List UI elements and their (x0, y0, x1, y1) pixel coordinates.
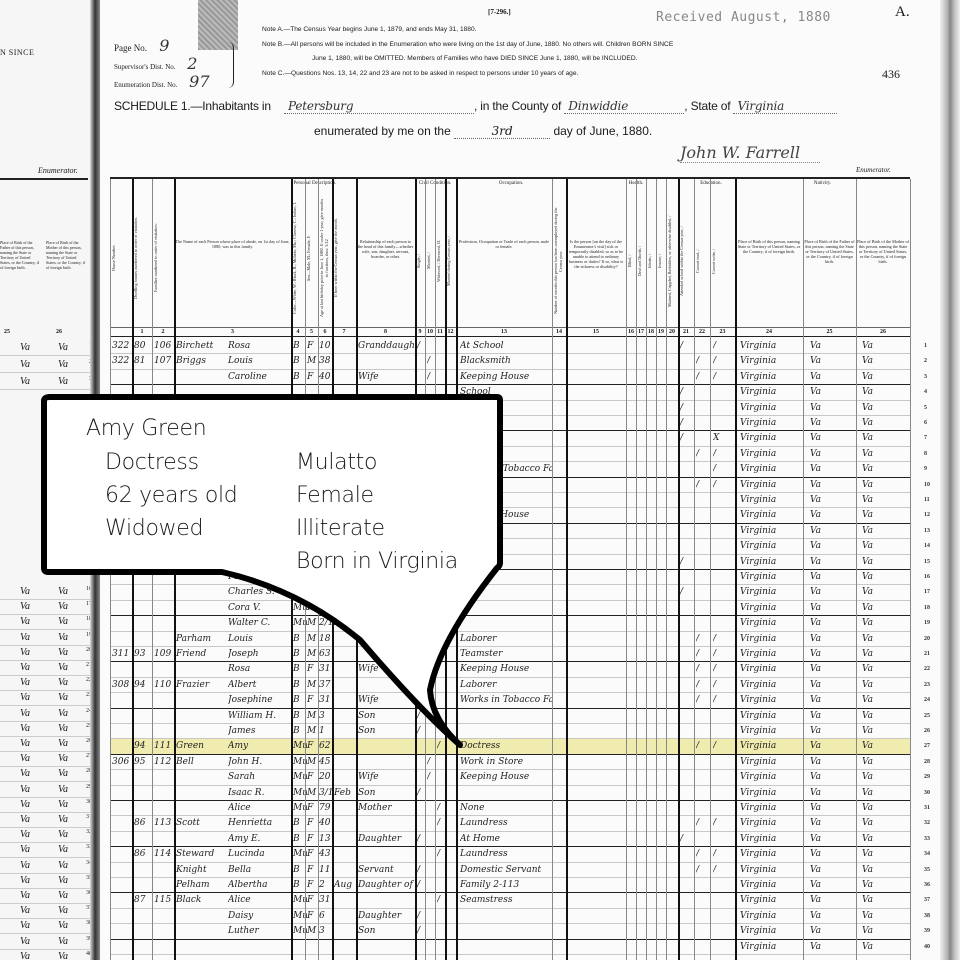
cell-surname: Knight (176, 865, 232, 875)
prev-page-row: VaVa3 (0, 373, 90, 390)
cell-relation: Daughter (358, 834, 416, 844)
cell-surname: Friend (176, 649, 232, 659)
line-number: 29 (924, 774, 930, 780)
column-header: Blind, / (627, 203, 635, 319)
prev-father-birthplace: Va (20, 951, 30, 960)
cell-given: Isaac R. (228, 788, 290, 798)
cell-dwelling: 93 (134, 649, 152, 659)
cell-birth: Virginia (740, 865, 804, 875)
cell-mother: Va (862, 726, 906, 736)
page-no-field: Page No. 9 (114, 36, 169, 55)
cell-father: Va (810, 818, 854, 828)
census-row: Amy E.BF13Daughter/At Home/VirginiaVaVa (110, 832, 910, 847)
cell-occupation: Works in Tobacco Factory (460, 695, 552, 705)
cell-single: / (417, 726, 425, 736)
state-label: , State of (684, 99, 730, 113)
cell-cannot-write: / (713, 464, 727, 474)
line-number: 39 (924, 928, 930, 934)
cell-father: Va (810, 926, 854, 936)
cell-dwelling: 80 (134, 341, 152, 351)
column-divider (636, 179, 637, 960)
cell-age: 31 (319, 695, 333, 705)
column-divider (735, 179, 737, 960)
cell-birth: Virginia (740, 711, 804, 721)
census-row: 30894110FrazierAlbertBM37Laborer//Virgin… (110, 678, 910, 693)
cell-father: Va (810, 603, 854, 613)
cell-relation: Son (358, 711, 416, 721)
cell-mother: Va (862, 634, 906, 644)
note-b: Note B.—All persons will be included in … (262, 38, 673, 53)
cell-given: Henrietta (228, 818, 290, 828)
column-number: 3 (174, 329, 291, 335)
cell-mother: Va (862, 911, 906, 921)
cell-house: 308 (112, 680, 130, 690)
cell-birth: Virginia (740, 818, 804, 828)
cell-mother: Va (862, 711, 906, 721)
cell-surname: Green (176, 741, 232, 751)
cell-single: / (417, 926, 425, 936)
cell-surname: Scott (176, 818, 232, 828)
prev-father-birthplace: Va (20, 829, 30, 840)
cell-family: 109 (154, 649, 174, 659)
prev-father-birthplace: Va (20, 860, 30, 871)
line-number: 40 (924, 944, 930, 950)
cell-birth: Virginia (740, 449, 804, 459)
prev-mother-birthplace: Va (58, 708, 68, 719)
cell-school: / (680, 418, 692, 428)
prev-mother-birthplace: Va (58, 342, 68, 353)
prev-mother-birthplace: Va (58, 723, 68, 734)
column-header: Cannot read, / (695, 203, 709, 319)
column-divider (710, 179, 711, 960)
cell-cannot-read: / (696, 449, 708, 459)
prev-father-birthplace: Va (20, 376, 30, 387)
cell-father: Va (810, 510, 854, 520)
cell-age: 20 (319, 772, 333, 782)
prev-mother-birthplace: Va (58, 784, 68, 795)
column-header: Color—White, W.; Black, B.; Mulatto, Mu.… (292, 197, 304, 319)
city-value: Petersburg (284, 99, 474, 114)
cell-birth: Virginia (740, 911, 804, 921)
cell-dwelling: 94 (134, 741, 152, 751)
column-divider (803, 179, 804, 960)
prev-father-birthplace: Va (20, 692, 30, 703)
cell-birth: Virginia (740, 495, 804, 505)
census-row: 32280106BirchettRosaBF10Granddaughter/At… (110, 339, 910, 354)
cell-occupation: Laborer (460, 680, 552, 690)
cell-occupation: Laborer (460, 495, 552, 505)
line-number: 21 (924, 651, 930, 657)
census-row: Charles S.Mu/VirginiaVaVa (110, 585, 910, 600)
cell-age: 3/12 (319, 788, 333, 798)
cell-married: / (427, 772, 435, 782)
line-number: 31 (924, 805, 930, 811)
column-header: Insane, / (657, 203, 665, 319)
cell-family: 113 (154, 818, 174, 828)
column-divider (694, 179, 695, 960)
book-gutter (90, 0, 100, 960)
cell-occupation: At Home (460, 834, 552, 844)
census-row: 86114StewardLucindaMuF43/Laundress//Virg… (110, 847, 910, 862)
cell-father: Va (810, 387, 854, 397)
cell-given: James (228, 726, 290, 736)
line-number: 12 (924, 512, 930, 518)
column-number: 11 (435, 329, 445, 335)
cell-father: Va (810, 526, 854, 536)
column-header: Married during Census year, / (446, 203, 455, 319)
callout-literacy: Illiterate (296, 516, 385, 541)
cell-mother: Va (862, 741, 906, 751)
prev-mother-birthplace: Va (58, 692, 68, 703)
column-number: 10 (425, 329, 435, 335)
prev-mother-birthplace: Va (58, 376, 68, 387)
prev-mother-birthplace: Va (58, 601, 68, 612)
prev-mother-birthplace: Va (58, 890, 68, 901)
cell-dwelling: 86 (134, 849, 152, 859)
column-header: Place of Birth of this person, naming St… (736, 239, 802, 309)
cell-cannot-write: / (713, 341, 727, 351)
cell-given: Albertha (228, 880, 290, 890)
cell-cannot-read: / (696, 741, 708, 751)
column-header: Relationship of each person to the head … (357, 239, 414, 309)
cell-house: 306 (112, 757, 130, 767)
column-header: Single, / (416, 203, 424, 319)
column-header: Maimed, Crippled, Bedridden, or otherwis… (667, 203, 677, 319)
prev-mother-birthplace: Va (58, 829, 68, 840)
line-number: 27 (924, 743, 930, 749)
cell-dwelling: 94 (134, 680, 152, 690)
enumeration-dist-label: Enumeration Dist. No. (114, 81, 177, 89)
cell-birth: Virginia (740, 403, 804, 413)
column-number: 4 (291, 329, 305, 335)
prev-mother-birthplace: Va (58, 860, 68, 871)
cell-birth: Virginia (740, 464, 804, 474)
cell-given: Florence (228, 572, 290, 582)
line-number: 14 (924, 543, 930, 549)
prev-father-birthplace: Va (20, 936, 30, 947)
cell-school: / (680, 403, 692, 413)
cell-father: Va (810, 480, 854, 490)
schedule-prefix: SCHEDULE 1.—Inhabitants in (114, 99, 271, 113)
cell-given: Luther (228, 926, 290, 936)
cell-birth: Virginia (740, 387, 804, 397)
cell-age: 63 (319, 649, 333, 659)
page-edge-shadow (940, 0, 960, 960)
cell-relation: Granddaughter (358, 341, 416, 351)
census-row: Walter C.MuM2/12FebVirginiaVaVa (110, 616, 910, 631)
column-divider (856, 179, 857, 960)
cell-occupation: Works in Tobacco Factory (460, 464, 552, 474)
cell-age: 3 (319, 603, 333, 613)
state-value: Virginia (733, 99, 837, 114)
cell-family: 112 (154, 757, 174, 767)
line-number: 38 (924, 913, 930, 919)
cell-father: Va (810, 695, 854, 705)
cell-age: 3 (319, 711, 333, 721)
column-number: 17 (636, 329, 646, 335)
cell-birth: Virginia (740, 926, 804, 936)
cell-birth: Virginia (740, 788, 804, 798)
column-number: 2 (152, 329, 174, 335)
prev-father-birthplace: Va (20, 784, 30, 795)
cell-father: Va (810, 464, 854, 474)
column-header: Number of months this person has been un… (553, 203, 565, 319)
census-notes: Note A.—The Census Year begins June 1, 1… (262, 23, 673, 81)
line-number: 6 (924, 420, 927, 426)
cell-married: / (427, 757, 435, 767)
column-header: Married, / (426, 203, 434, 319)
cell-mother: Va (862, 433, 906, 443)
cell-cannot-read: / (696, 649, 708, 659)
cell-mother: Va (862, 526, 906, 536)
enumerator-signature: John W. Farrell (680, 143, 820, 163)
line-number: 25 (924, 713, 930, 719)
cell-age: 37 (319, 680, 333, 690)
cell-given: Cora V. (228, 603, 290, 613)
column-header: If born within the Census year, give the… (333, 197, 355, 319)
cell-birth: Virginia (740, 895, 804, 905)
line-number: 4 (924, 389, 927, 395)
cell-mother: Va (862, 403, 906, 413)
cell-widowed: / (437, 849, 445, 859)
cell-occupation: Blacksmith (460, 356, 552, 366)
cell-father: Va (810, 741, 854, 751)
cell-school: / (680, 587, 692, 597)
cell-age: 45 (319, 757, 333, 767)
line-number: 11 (924, 497, 930, 503)
census-page: [7-296.] Received August, 1880 A. 436 Pa… (100, 0, 960, 960)
cell-father: Va (810, 757, 854, 767)
cell-father: Va (810, 834, 854, 844)
column-divider (566, 179, 568, 960)
cell-mother: Va (862, 372, 906, 382)
cell-father: Va (810, 680, 854, 690)
cell-mother: Va (862, 418, 906, 428)
prev-father-birthplace: Va (20, 677, 30, 688)
cell-father: Va (810, 649, 854, 659)
line-number: 13 (924, 528, 930, 534)
cell-occupation: Laundress (460, 818, 552, 828)
supervisor-dist-value: 2 (187, 54, 197, 73)
census-row: William H.BM3Son/VirginiaVaVa (110, 709, 910, 724)
census-row: KnightBellaBF11Servant/Domestic Servant/… (110, 863, 910, 878)
cell-relation: Wife (358, 772, 416, 782)
callout-sex: Female (296, 483, 374, 508)
cell-given: Charles S. (228, 587, 290, 597)
cell-birth: Virginia (740, 526, 804, 536)
cell-occupation: Family 2-113 (460, 880, 552, 890)
column-number: 7 (332, 329, 356, 335)
line-number: 15 (924, 559, 930, 565)
sheet-letter: A. (895, 4, 910, 21)
cell-dwelling: 95 (134, 757, 152, 767)
column-divider (656, 179, 657, 960)
prev-mother-birthplace: Va (58, 738, 68, 749)
cell-cannot-read: / (696, 695, 708, 705)
cell-father: Va (810, 711, 854, 721)
cell-cannot-read: / (696, 480, 708, 490)
prev-mother-birthplace: Va (58, 951, 68, 960)
prev-mother-birthplace: Va (58, 920, 68, 931)
column-divider (110, 179, 111, 960)
line-number: 18 (924, 605, 930, 611)
cell-school: / (680, 834, 692, 844)
cell-given: Josephine (228, 695, 290, 705)
cell-cannot-write: / (713, 664, 727, 674)
cell-birth: Virginia (740, 803, 804, 813)
line-number: 34 (924, 851, 930, 857)
census-row: Works in Tobacco Factory/VirginiaVaVa (110, 462, 910, 477)
prev-father-birthplace: Va (20, 632, 30, 643)
cell-age: 38 (319, 356, 333, 366)
cell-father: Va (810, 788, 854, 798)
cell-age: 2/12 (319, 618, 333, 628)
census-row: LaborerVirginiaVaVa (110, 539, 910, 554)
cell-occupation: Seamstress (460, 895, 552, 905)
cell-father: Va (810, 634, 854, 644)
cell-cannot-read: / (696, 664, 708, 674)
cell-father: Va (810, 911, 854, 921)
cell-family: 106 (154, 341, 174, 351)
form-code: [7-296.] (488, 8, 511, 16)
prev-father-birthplace: Va (20, 844, 30, 855)
census-row: LaborerVirginiaVaVa (110, 524, 910, 539)
prev-page-row: VaVa1 (0, 339, 90, 356)
cell-occupation: Laundress (460, 849, 552, 859)
enumeration-date-line: enumerated by me on the 3rd day of June,… (314, 124, 652, 139)
cell-relation: Daughter (358, 911, 416, 921)
cell-given: Rosa (228, 664, 290, 674)
census-row: ParhamLouisBM18BoarderLaborer//VirginiaV… (110, 632, 910, 647)
callout-occupation: Doctress (105, 450, 199, 475)
schedule-title: SCHEDULE 1.—Inhabitants in Petersburg, i… (114, 99, 837, 114)
census-row: JosephineBF31WifeWorks in Tobacco Factor… (110, 693, 910, 708)
cell-month: Feb (334, 788, 356, 798)
cell-birth: Virginia (740, 618, 804, 628)
cell-mother: Va (862, 865, 906, 875)
column-divider (174, 179, 176, 960)
cell-cannot-write: X (713, 433, 727, 443)
prev-father-birthplace: Va (20, 905, 30, 916)
cell-occupation: School (460, 403, 552, 413)
page-stamp-mark (198, 0, 238, 50)
cell-birth: Virginia (740, 880, 804, 890)
cell-birth: Virginia (740, 757, 804, 767)
prev-mother-birthplace: Va (58, 799, 68, 810)
census-row: CarolineBF40Wife/Keeping House//Virginia… (110, 370, 910, 385)
cell-mother: Va (862, 695, 906, 705)
cell-family: 111 (154, 741, 174, 751)
cell-mother: Va (862, 603, 906, 613)
prev-mother-birthplace: Va (58, 647, 68, 658)
cell-birth: Virginia (740, 834, 804, 844)
cell-dwelling: 86 (134, 818, 152, 828)
supervisor-dist-field: Supervisor's Dist. No. 2 (114, 54, 197, 73)
cell-married: / (427, 372, 435, 382)
cell-widowed: / (437, 741, 445, 751)
cell-occupation: School (460, 418, 552, 428)
column-header: Widowed, / Divorced, D. (436, 203, 444, 319)
prev-mother-birthplace: Va (58, 753, 68, 764)
cell-mother: Va (862, 649, 906, 659)
cell-father: Va (810, 449, 854, 459)
cell-relation: Wife (358, 664, 416, 674)
column-divider (291, 179, 293, 960)
cell-mother: Va (862, 449, 906, 459)
census-row: 86113ScottHenriettaBF40/Laundress//Virgi… (110, 816, 910, 831)
callout-marital-status: Widowed (105, 516, 203, 541)
cell-age: 10 (319, 341, 333, 351)
line-number: 1 (924, 343, 927, 349)
cell-given: Lucinda (228, 849, 290, 859)
prev-page-row: VaVa40 (0, 948, 90, 960)
stamped-page-number: 436 (882, 67, 900, 82)
group-header-nativity: Nativity. (735, 181, 910, 186)
cell-father: Va (810, 895, 854, 905)
prev-father-birthplace: Va (20, 738, 30, 749)
cell-cannot-write: / (713, 695, 727, 705)
cell-occupation: Keeping House (460, 372, 552, 382)
prev-page-col-header-26: Place of Birth of the Mother of this per… (46, 240, 86, 270)
callout-race: Mulatto (296, 450, 377, 475)
prev-mother-birthplace: Va (58, 936, 68, 947)
prev-mother-birthplace: Va (58, 814, 68, 825)
cell-age: 31 (319, 664, 333, 674)
group-header-occupation: Occupation. (456, 181, 566, 186)
cell-father: Va (810, 356, 854, 366)
cell-birth: Virginia (740, 741, 804, 751)
census-row: 32281107BriggsLouisBM38/Blacksmith//Virg… (110, 354, 910, 369)
prev-page-col-header-25: Place of Birth of the Father of this per… (0, 240, 40, 270)
cell-cannot-write: / (713, 849, 727, 859)
cell-father: Va (810, 726, 854, 736)
cell-birth: Virginia (740, 772, 804, 782)
cell-occupation: Keeping House (460, 772, 552, 782)
cell-mother: Va (862, 510, 906, 520)
prev-father-birthplace: Va (20, 814, 30, 825)
cell-age: 6 (319, 911, 333, 921)
prev-page-row: VaVa2 (0, 356, 90, 373)
column-number: 19 (656, 329, 666, 335)
cell-occupation: Doctress (460, 741, 552, 751)
line-number: 24 (924, 697, 930, 703)
cell-cannot-write: / (713, 649, 727, 659)
prev-father-birthplace: Va (20, 753, 30, 764)
prev-father-birthplace: Va (20, 708, 30, 719)
enumeration-dist-field: Enumeration Dist. No. 97 (114, 72, 210, 91)
column-divider (132, 179, 134, 960)
line-number: 37 (924, 897, 930, 903)
cell-mother: Va (862, 356, 906, 366)
cell-birth: Virginia (740, 433, 804, 443)
census-row: 87115BlackAliceMuF31/SeamstressVirginiaV… (110, 893, 910, 908)
census-row: Isaac R.MuM3/12FebSon/VirginiaVaVa (110, 786, 910, 801)
cell-mother: Va (862, 541, 906, 551)
cell-birth: Virginia (740, 603, 804, 613)
prev-mother-birthplace: Va (58, 662, 68, 673)
column-number: 18 (646, 329, 656, 335)
prev-father-birthplace: Va (20, 342, 30, 353)
line-number: 8 (924, 451, 927, 457)
prev-mother-birthplace: Va (58, 359, 68, 370)
cell-surname: Frazier (176, 680, 232, 690)
prev-page-rule (0, 178, 88, 180)
cell-birth: Virginia (740, 480, 804, 490)
cell-occupation: Laborer (460, 526, 552, 536)
cell-month: Feb (334, 618, 356, 628)
cell-widowed: / (437, 895, 445, 905)
census-row: Cora V.MuF3VirginiaVaVa (110, 601, 910, 616)
